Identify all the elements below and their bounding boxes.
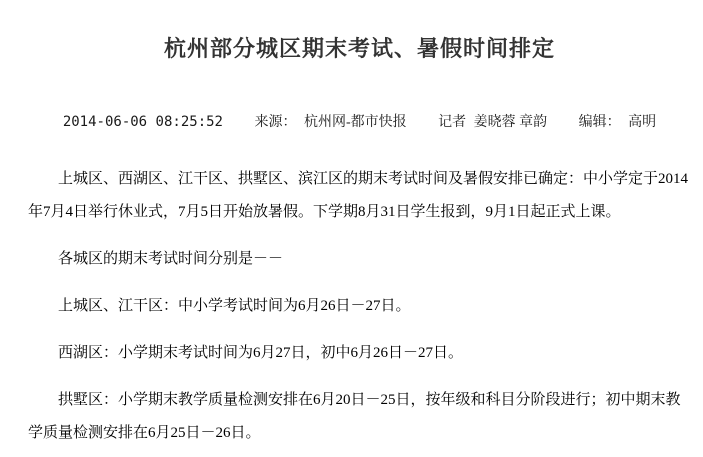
article-paragraph: 拱墅区：小学期末教学质量检测安排在6月20日－25日，按年级和科目分阶段进行；初… <box>28 384 691 450</box>
reporter-value: 姜晓蓉 章韵 <box>474 115 548 130</box>
article-paragraph: 上城区、西湖区、江干区、拱墅区、滨江区的期末考试时间及暑假安排已确定：中小学定于… <box>28 163 691 229</box>
editor-value: 高明 <box>628 115 656 130</box>
reporter-label: 记者 <box>438 115 466 130</box>
article-paragraph: 各城区的期末考试时间分别是－－ <box>28 243 691 276</box>
article-paragraph: 西湖区：小学期末考试时间为6月27日，初中6月26日－27日。 <box>28 337 691 370</box>
article-reporter: 记者 姜晓蓉 章韵 <box>438 115 551 130</box>
article-paragraph: 上城区、江干区：中小学考试时间为6月26日－27日。 <box>28 290 691 323</box>
article-body: 上城区、西湖区、江干区、拱墅区、滨江区的期末考试时间及暑假安排已确定：中小学定于… <box>28 163 691 450</box>
article-meta: 2014-06-06 08:25:52 来源： 杭州网-都市快报 记者 姜晓蓉 … <box>28 112 691 133</box>
article-editor: 编辑： 高明 <box>579 115 657 130</box>
source-value: 杭州网-都市快报 <box>304 115 407 130</box>
publish-datetime: 2014-06-06 08:25:52 <box>63 114 223 130</box>
source-label: 来源： <box>254 115 296 130</box>
article-source: 来源： 杭州网-都市快报 <box>254 115 410 130</box>
editor-label: 编辑： <box>579 115 621 130</box>
article: 杭州部分城区期末考试、暑假时间排定 2014-06-06 08:25:52 来源… <box>0 34 703 450</box>
article-title: 杭州部分城区期末考试、暑假时间排定 <box>28 34 691 64</box>
